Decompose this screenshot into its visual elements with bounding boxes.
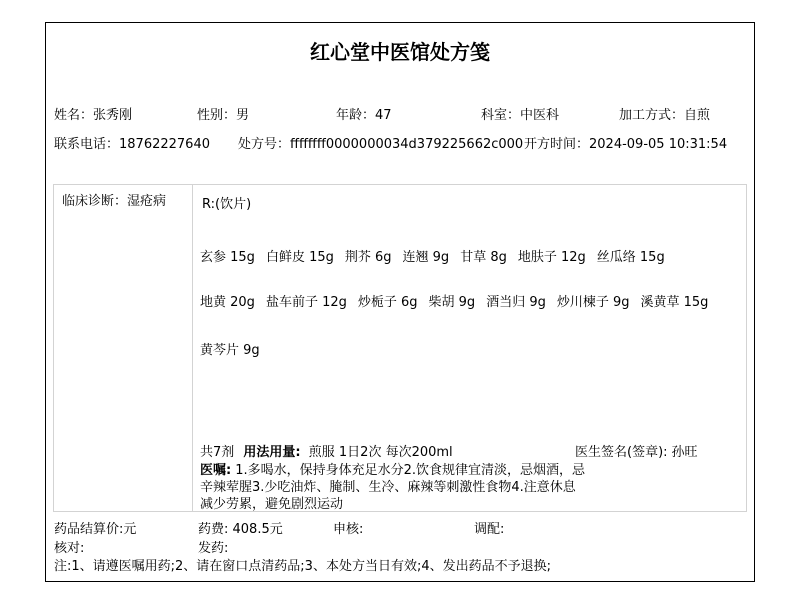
rx-header: R:(饮片) xyxy=(202,197,251,213)
field-prescription-time: 开方时间：2024-09-05 10:31:54 xyxy=(524,137,727,153)
field-age: 年龄：47 xyxy=(336,108,392,124)
footer-note: 注:1、请遵医嘱用药;2、请在窗口点清药品;3、本处方当日有效;4、发出药品不予… xyxy=(54,559,551,575)
herb-entry: 地肤子 12g xyxy=(518,250,586,265)
usage-value: 煎服 1日2次 每次200ml xyxy=(309,445,453,460)
herb-entry: 丝瓜络 15g xyxy=(597,250,665,265)
field-value: 张秀刚 xyxy=(93,108,132,123)
field-gender: 性别：男 xyxy=(197,108,249,124)
field-dispensing-prep: 调配: xyxy=(474,522,504,538)
herb-entry: 黄芩片 9g xyxy=(200,343,260,358)
field-value: 47 xyxy=(375,108,392,123)
doctor-signature-value: 孙旺 xyxy=(672,445,698,460)
herb-entry: 炒栀子 6g xyxy=(358,295,418,310)
advice-label: 医嘱: xyxy=(200,463,231,478)
field-phone: 联系电话：18762227640 xyxy=(54,137,210,153)
advice-line-1: 医嘱:1.多喝水，保持身体充足水分2.饮食规律宜清淡，忌烟酒，忌 xyxy=(200,463,585,479)
herb-entry: 玄参 15g xyxy=(200,250,255,265)
field-label: 联系电话： xyxy=(54,137,119,152)
field-label: 处方号： xyxy=(238,137,290,152)
doctor-signature-label: 医生签名(签章): xyxy=(575,445,668,460)
field-check: 核对: xyxy=(54,541,84,557)
field-label: 性别： xyxy=(197,108,236,123)
field-value: ffffffff0000000034d379225662c000 xyxy=(290,137,523,152)
herb-entry: 盐车前子 12g xyxy=(266,295,347,310)
field-label: 加工方式： xyxy=(619,108,684,123)
prescription-content: R:(饮片) 玄参 15g白鲜皮 15g荆芥 6g连翘 9g甘草 8g地肤子 1… xyxy=(194,185,746,511)
herb-entry: 炒川楝子 9g xyxy=(557,295,630,310)
herb-line-2: 地黄 20g盐车前子 12g炒栀子 6g柴胡 9g酒当归 9g炒川楝子 9g溪黄… xyxy=(200,295,719,311)
usage-label: 用法用量: xyxy=(243,445,300,460)
advice-line-2: 辛辣荤腥3.少吃油炸、腌制、生冷、麻辣等刺激性食物4.注意休息 xyxy=(200,480,576,496)
herb-line-1: 玄参 15g白鲜皮 15g荆芥 6g连翘 9g甘草 8g地肤子 12g丝瓜络 1… xyxy=(200,250,676,266)
herb-entry: 甘草 8g xyxy=(460,250,507,265)
field-processing-method: 加工方式：自煎 xyxy=(619,108,710,124)
field-review: 申核: xyxy=(333,522,363,538)
field-value: 2024-09-05 10:31:54 xyxy=(589,137,727,152)
herb-entry: 连翘 9g xyxy=(403,250,450,265)
field-label: 科室： xyxy=(481,108,520,123)
herb-entry: 溪黄草 15g xyxy=(641,295,709,310)
field-label: 开方时间： xyxy=(524,137,589,152)
advice-text: 1.多喝水，保持身体充足水分2.饮食规律宜清淡，忌烟酒，忌 xyxy=(235,463,585,478)
doctor-signature: 医生签名(签章):孙旺 xyxy=(575,445,698,461)
prescription-box: 临床诊断：湿疮病 R:(饮片) 玄参 15g白鲜皮 15g荆芥 6g连翘 9g甘… xyxy=(53,184,747,512)
field-settlement-price: 药品结算价:元 xyxy=(54,522,136,538)
field-medicine-fee: 药费: 408.5元 xyxy=(198,522,283,538)
field-value: 中医科 xyxy=(520,108,559,123)
herb-line-3: 黄芩片 9g xyxy=(200,343,271,359)
field-value: 自煎 xyxy=(684,108,710,123)
field-prescription-number: 处方号：ffffffff0000000034d379225662c000 xyxy=(238,137,523,153)
herb-entry: 柴胡 9g xyxy=(429,295,476,310)
field-label: 姓名： xyxy=(54,108,93,123)
field-patient-name: 姓名：张秀刚 xyxy=(54,108,132,124)
advice-line-3: 减少劳累，避免剧烈运动 xyxy=(200,497,343,513)
herb-entry: 酒当归 9g xyxy=(486,295,546,310)
diagnosis-cell: 临床诊断：湿疮病 xyxy=(54,185,193,511)
field-label: 年龄： xyxy=(336,108,375,123)
field-value: 男 xyxy=(236,108,249,123)
field-value: 18762227640 xyxy=(119,137,210,152)
diagnosis-value: 湿疮病 xyxy=(127,194,166,209)
prescription-sheet: 红心堂中医馆处方笺 姓名：张秀刚 性别：男 年龄：47 科室：中医科 加工方式：… xyxy=(45,22,755,582)
total-doses: 共7剂 xyxy=(200,445,234,460)
clinical-diagnosis: 临床诊断：湿疮病 xyxy=(62,194,166,210)
herb-entry: 白鲜皮 15g xyxy=(266,250,334,265)
field-department: 科室：中医科 xyxy=(481,108,559,124)
herb-entry: 地黄 20g xyxy=(200,295,255,310)
diagnosis-label: 临床诊断： xyxy=(62,194,127,209)
page-title: 红心堂中医馆处方笺 xyxy=(46,36,754,65)
field-dispense: 发药: xyxy=(198,541,228,557)
usage-line: 共7剂 用法用量: 煎服 1日2次 每次200ml xyxy=(200,445,453,461)
herb-entry: 荆芥 6g xyxy=(345,250,392,265)
